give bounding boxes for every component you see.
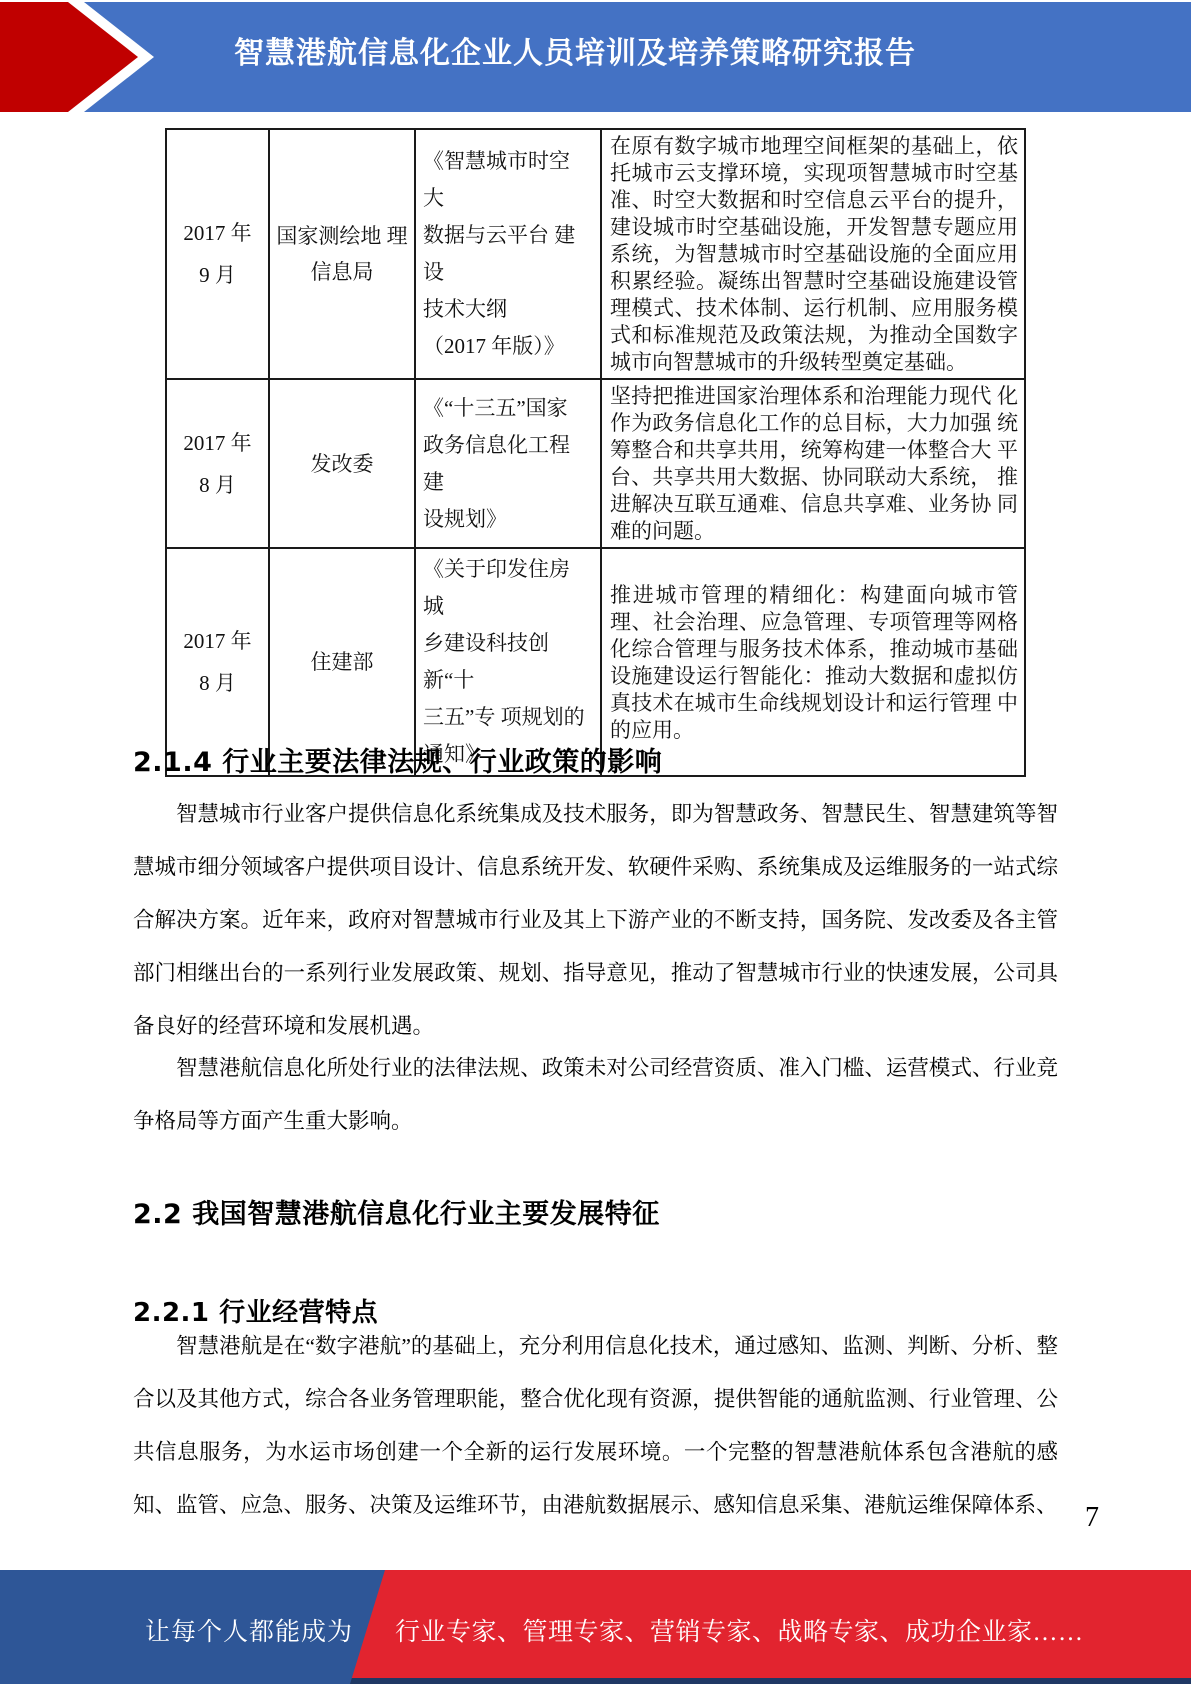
policy-cell: 《智慧城市时空 大 数据与云平台 建设 技术大纲 （2017 年版）》	[415, 129, 601, 379]
date-cell: 2017 年 9 月	[166, 129, 269, 379]
page-number: 7	[1072, 1502, 1112, 1534]
section-heading-2-1-4: 2.1.4 行业主要法律法规、行业政策的影响	[133, 740, 662, 779]
policy-cell: 《“十三五”国家 政务信息化工程 建 设规划》	[415, 379, 601, 548]
footer-slogan-left: 让每个人都能成为	[145, 1612, 353, 1648]
footer-banner: 让每个人都能成为 行业专家、管理专家、营销专家、战略专家、成功企业家……	[0, 1570, 1191, 1684]
section-heading-2-2: 2.2 我国智慧港航信息化行业主要发展特征	[133, 1192, 660, 1231]
impact-cell: 在原有数字城市地理空间框架的基础上，依 托城市云支撑环境，实现项智慧城市时空基 …	[601, 129, 1025, 379]
table-row: 2017 年 9 月 国家测绘地 理 信息局 《智慧城市时空 大 数据与云平台 …	[166, 129, 1025, 379]
impact-cell: 坚持把推进国家治理体系和治理能力现代 化作为政务信息化工作的总目标，大力加强 统…	[601, 379, 1025, 548]
footer-slogan-right: 行业专家、管理专家、营销专家、战略专家、成功企业家……	[395, 1612, 1084, 1648]
body-paragraph: 智慧港航信息化所处行业的法律法规、政策未对公司经营资质、准入门槛、运营模式、行业…	[133, 1042, 1058, 1148]
agency-cell: 发改委	[269, 379, 415, 548]
agency-cell: 国家测绘地 理 信息局	[269, 129, 415, 379]
header-banner: 智慧港航信息化企业人员培训及培养策略研究报告	[0, 2, 1191, 112]
document-page: 智慧港航信息化企业人员培训及培养策略研究报告 2017 年 9 月 国家测绘地 …	[0, 0, 1191, 1684]
body-paragraph: 智慧城市行业客户提供信息化系统集成及技术服务，即为智慧政务、智慧民生、智慧建筑等…	[133, 788, 1058, 1053]
date-cell: 2017 年 8 月	[166, 379, 269, 548]
report-title: 智慧港航信息化企业人员培训及培养策略研究报告	[0, 28, 1150, 72]
table-row: 2017 年 8 月 发改委 《“十三五”国家 政务信息化工程 建 设规划》 坚…	[166, 379, 1025, 548]
policy-table: 2017 年 9 月 国家测绘地 理 信息局 《智慧城市时空 大 数据与云平台 …	[165, 128, 1026, 777]
body-paragraph: 智慧港航是在“数字港航”的基础上，充分利用信息化技术，通过感知、监测、判断、分析…	[133, 1320, 1058, 1532]
impact-cell: 推进城市管理的精细化：构建面向城市管 理、社会治理、应急管理、专项管理等网格 化…	[601, 548, 1025, 776]
